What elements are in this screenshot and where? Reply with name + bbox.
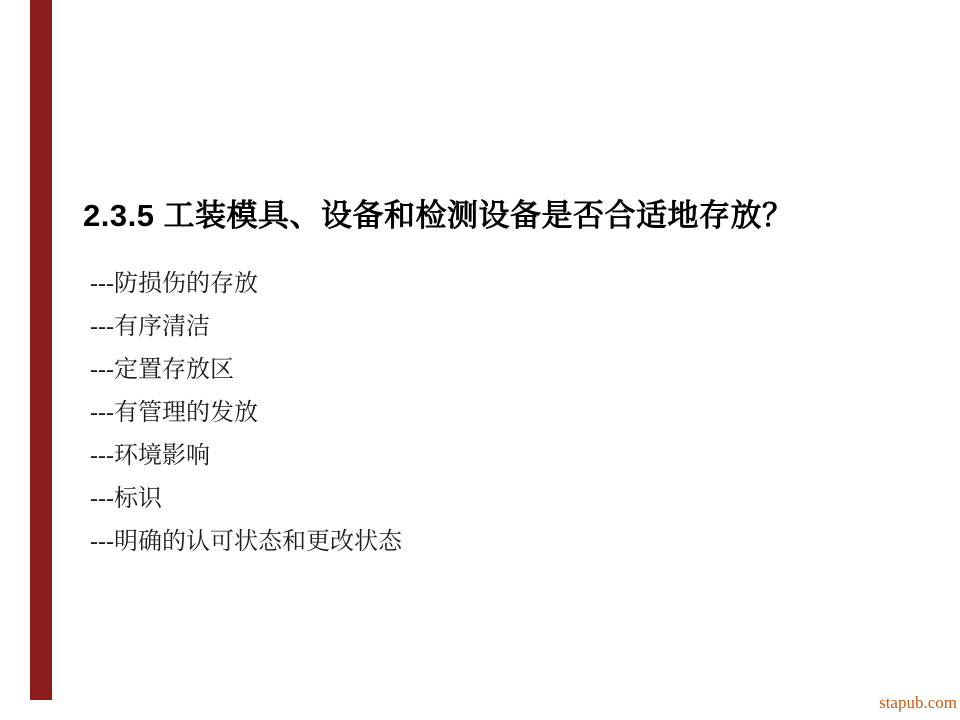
- slide-title: 2.3.5工装模具、设备和检测设备是否合适地存放？: [83, 190, 793, 235]
- list-item: ---明确的认可状态和更改状态: [90, 521, 402, 564]
- list-item: ---有序清洁: [90, 306, 402, 349]
- list-item: ---有管理的发放: [90, 392, 402, 435]
- list-item: ---防损伤的存放: [90, 263, 402, 306]
- watermark: stapub.com: [879, 693, 957, 713]
- list-item: ---标识: [90, 478, 402, 521]
- slide: 2.3.5工装模具、设备和检测设备是否合适地存放？ ---防损伤的存放 ---有…: [0, 0, 960, 720]
- list-item: ---环境影响: [90, 435, 402, 478]
- bullet-list: ---防损伤的存放 ---有序清洁 ---定置存放区 ---有管理的发放 ---…: [90, 263, 402, 564]
- left-accent-bar: [30, 0, 52, 700]
- title-section-number: 2.3.5: [83, 198, 154, 233]
- list-item: ---定置存放区: [90, 349, 402, 392]
- title-text: 工装模具、设备和检测设备是否合适地存放？: [163, 198, 793, 233]
